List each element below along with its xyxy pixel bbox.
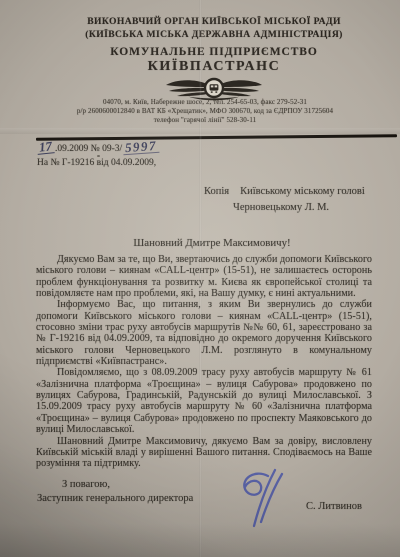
signer-title: Заступник генерального директора xyxy=(37,493,193,504)
company-name: КИЇВПАСТРАНС xyxy=(34,59,394,74)
reference-block: 17.09.2009 № 09-3/5997 На № Г-19216 від … xyxy=(37,140,159,170)
reply-to-line: На № Г-19216 від 04.09.2009, xyxy=(37,157,159,170)
address-line3: телефон "гарячої лінії" 528-30-11 xyxy=(10,116,400,125)
recipient-line1: Київському міському голові xyxy=(240,186,365,197)
paragraph-1: Дякуємо Вам за те, що Ви, звертаючись до… xyxy=(36,254,372,299)
recipient-line2: Черновецькому Л. М. xyxy=(233,200,365,216)
paragraph-3: Повідомляємо, що з 08.09.2009 трасу руху… xyxy=(36,367,372,435)
address-line1: 04070, м. Київ, Набережне шосе, 2, тел. … xyxy=(10,98,400,107)
horizontal-paper-fold xyxy=(0,128,400,134)
outgoing-number-printed: .09.2009 № 09-3/ xyxy=(55,144,122,154)
org-name-line1: ВИКОНАВЧИЙ ОРГАН КИЇВСЬКОЇ МІСЬКОЇ РАДИ xyxy=(34,15,394,28)
paragraph-2: Інформуємо Вас, що питання, з яким Ви зв… xyxy=(36,299,372,367)
org-name-line2: (КИЇВСЬКА МІСЬКА ДЕРЖАВНА АДМІНІСТРАЦІЯ) xyxy=(34,28,394,41)
outgoing-number-line: 17.09.2009 № 09-3/5997 xyxy=(37,140,159,156)
copy-label: Копія xyxy=(204,186,229,197)
address-line2: р/р 2600600012840 в ВАТ КБ «Хрещатик», М… xyxy=(10,107,400,116)
letter-photo: ВИКОНАВЧИЙ ОРГАН КИЇВСЬКОЇ МІСЬКОЇ РАДИ … xyxy=(0,0,400,557)
signer-name: С. Литвинов xyxy=(306,501,362,512)
letterhead-address: 04070, м. Київ, Набережне шосе, 2, тел. … xyxy=(10,98,400,124)
company-type: КОМУНАЛЬНЕ ПІДПРИЄМСТВО xyxy=(34,45,394,59)
handwritten-outgoing-number: 5997 xyxy=(123,139,160,155)
salutation: Шановний Дмитре Максимовичу! xyxy=(36,237,388,249)
letterhead: ВИКОНАВЧИЙ ОРГАН КИЇВСЬКОЇ МІСЬКОЇ РАДИ … xyxy=(34,15,394,102)
paragraph-4: Шановний Дмитре Максимовичу, дякуємо Вам… xyxy=(36,436,372,470)
recipient-block: КопіяКиївському міському голові Черновец… xyxy=(204,184,365,215)
letter-body: Дякуємо Вам за те, що Ви, звертаючись до… xyxy=(36,254,372,470)
handwritten-date-day: 17 xyxy=(36,139,54,155)
closing-phrase: З повагою, xyxy=(62,479,110,490)
recipient-row: КопіяКиївському міському голові xyxy=(204,184,365,200)
handwritten-signature-icon xyxy=(232,466,290,530)
